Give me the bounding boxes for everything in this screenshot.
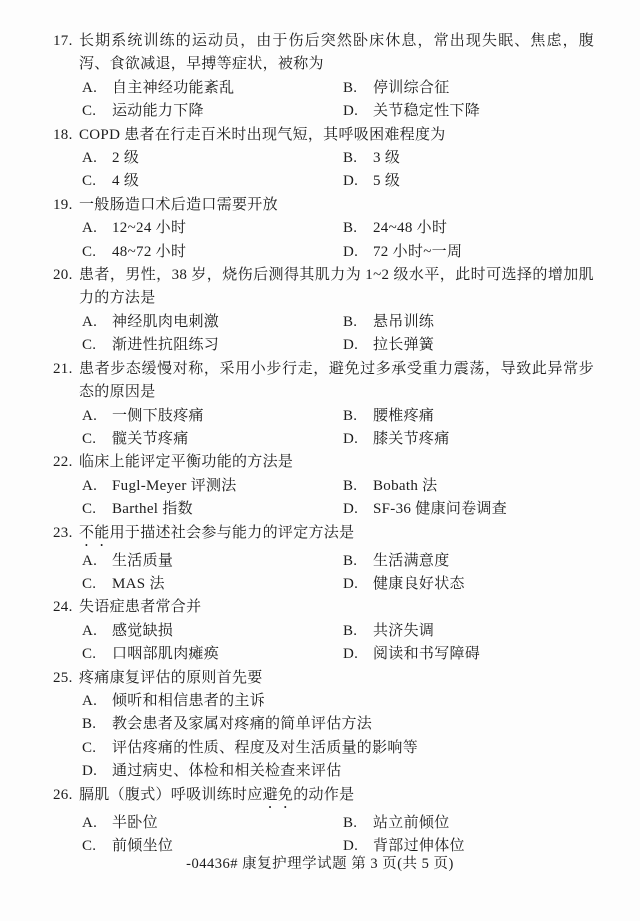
question-21: 21. 患者步态缓慢对称，采用小步行走，避免过多承受重力震荡，导致此异常步态的原… [53, 358, 594, 452]
question-text-segment: 患者步态缓慢对称，采用小步行走，避免过多承受重力震荡，导致此异常步态的原因是 [79, 361, 594, 400]
question-head: 19. 一般肠造口术后造口需要开放 [53, 194, 594, 217]
option-C: C.髋关节疼痛 [82, 428, 343, 451]
option-text: 感觉缺损 [112, 623, 173, 639]
option-label: A. [82, 77, 112, 100]
question-number: 20. [53, 264, 79, 287]
option-text: 生活满意度 [373, 553, 450, 569]
option-text: 共济失调 [373, 623, 434, 639]
option-label: A. [82, 475, 112, 498]
option-text: 5 级 [373, 173, 400, 189]
option-text: Bobath 法 [373, 478, 437, 494]
option-text: 渐进性抗阻练习 [112, 337, 219, 353]
option-text: 关节稳定性下降 [373, 103, 480, 119]
option-label: C. [82, 428, 112, 451]
question-text: 不能用于描述社会参与能力的评定方法是 [79, 522, 594, 550]
option-label: C. [82, 100, 112, 123]
option-B: B.教会患者及家属对疼痛的简单评估方法 [82, 713, 594, 736]
option-label: A. [82, 620, 112, 643]
option-B: B.站立前倾位 [343, 812, 594, 835]
question-head: 26. 膈肌（腹式）呼吸训练时应避免的动作是 [53, 784, 594, 812]
option-label: D. [343, 170, 373, 193]
option-B: B.腰椎疼痛 [343, 405, 594, 428]
option-B: B.生活满意度 [343, 550, 594, 573]
option-text: 运动能力下降 [112, 103, 204, 119]
option-label: B. [343, 812, 373, 835]
option-label: A. [82, 217, 112, 240]
question-text: 失语症患者常合并 [79, 596, 594, 619]
question-head: 23. 不能用于描述社会参与能力的评定方法是 [53, 522, 594, 550]
question-options: A.倾听和相信患者的主诉B.教会患者及家属对疼痛的简单评估方法C.评估疼痛的性质… [82, 690, 594, 784]
question-text: 患者，男性，38 岁，烧伤后测得其肌力为 1~2 级水平，此时可选择的增加肌力的… [79, 264, 594, 311]
option-label: D. [343, 573, 373, 596]
option-label: B. [82, 713, 112, 736]
option-label: B. [343, 147, 373, 170]
option-text: 4 级 [112, 173, 139, 189]
question-text: COPD 患者在行走百米时出现气短，其呼吸困难程度为 [79, 124, 594, 147]
question-options: A.Fugl-Meyer 评测法B.Bobath 法C.Barthel 指数D.… [82, 475, 594, 522]
option-text: 一侧下肢疼痛 [112, 408, 204, 424]
question-number: 24. [53, 596, 79, 619]
question-options: A.2 级B.3 级C.4 级D.5 级 [82, 147, 594, 194]
option-text: 倾听和相信患者的主诉 [112, 693, 265, 709]
option-C: C.Barthel 指数 [82, 498, 343, 521]
option-text: 2 级 [112, 150, 139, 166]
question-text-segment: 膈肌（腹式）呼吸训练时应 [79, 787, 263, 803]
question-26: 26. 膈肌（腹式）呼吸训练时应避免的动作是 A.半卧位B.站立前倾位C.前倾坐… [53, 784, 594, 859]
option-label: C. [82, 334, 112, 357]
option-label: A. [82, 147, 112, 170]
option-label: D. [82, 760, 112, 783]
option-A: A.自主神经功能紊乱 [82, 77, 343, 100]
question-text-segment: 的动作是 [293, 787, 354, 803]
option-C: C.评估疼痛的性质、程度及对生活质量的影响等 [82, 737, 594, 760]
option-label: C. [82, 170, 112, 193]
option-A: A.2 级 [82, 147, 343, 170]
question-text-segment: 一般肠造口术后造口需要开放 [79, 197, 278, 213]
option-label: B. [343, 311, 373, 334]
option-text: 停训综合征 [373, 80, 450, 96]
question-options: A.自主神经功能紊乱B.停训综合征C.运动能力下降D.关节稳定性下降 [82, 77, 594, 124]
question-number: 21. [53, 358, 79, 381]
option-A: A.12~24 小时 [82, 217, 343, 240]
option-text: 拉长弹簧 [373, 337, 434, 353]
option-B: B.悬吊训练 [343, 311, 594, 334]
question-text: 长期系统训练的运动员，由于伤后突然卧床休息，常出现失眠、焦虑，腹泻、食欲减退，早… [79, 30, 594, 77]
exam-page: 17. 长期系统训练的运动员，由于伤后突然卧床休息，常出现失眠、焦虑，腹泻、食欲… [0, 0, 640, 921]
option-text: 半卧位 [112, 815, 158, 831]
question-number: 18. [53, 124, 79, 147]
question-22: 22. 临床上能评定平衡功能的方法是 A.Fugl-Meyer 评测法B.Bob… [53, 451, 594, 521]
question-text: 膈肌（腹式）呼吸训练时应避免的动作是 [79, 784, 594, 812]
question-text-segment: 用于描述社会参与能力的评定方法是 [110, 525, 355, 541]
question-text: 临床上能评定平衡功能的方法是 [79, 451, 594, 474]
page-footer: -04436# 康复护理学试题 第 3 页(共 5 页) [0, 852, 640, 873]
question-23: 23. 不能用于描述社会参与能力的评定方法是 A.生活质量B.生活满意度C.MA… [53, 522, 594, 597]
option-label: B. [343, 620, 373, 643]
option-label: A. [82, 405, 112, 428]
option-text: Barthel 指数 [112, 501, 193, 517]
option-D: D.阅读和书写障碍 [343, 643, 594, 666]
option-text: 评估疼痛的性质、程度及对生活质量的影响等 [112, 740, 418, 756]
option-A: A.Fugl-Meyer 评测法 [82, 475, 343, 498]
option-A: A.生活质量 [82, 550, 343, 573]
option-label: A. [82, 311, 112, 334]
question-number: 22. [53, 451, 79, 474]
option-text: 悬吊训练 [373, 314, 434, 330]
question-18: 18. COPD 患者在行走百米时出现气短，其呼吸困难程度为 A.2 级B.3 … [53, 124, 594, 194]
option-label: D. [343, 643, 373, 666]
option-text: 口咽部肌肉瘫痪 [112, 646, 219, 662]
option-label: B. [343, 77, 373, 100]
option-C: C.MAS 法 [82, 573, 343, 596]
option-D: D.SF-36 健康问卷调查 [343, 498, 594, 521]
option-C: C.运动能力下降 [82, 100, 343, 123]
option-text: SF-36 健康问卷调查 [373, 501, 507, 517]
option-text: 神经肌肉电刺激 [112, 314, 219, 330]
option-A: A.半卧位 [82, 812, 343, 835]
option-D: D.关节稳定性下降 [343, 100, 594, 123]
option-text: 生活质量 [112, 553, 173, 569]
question-head: 17. 长期系统训练的运动员，由于伤后突然卧床休息，常出现失眠、焦虑，腹泻、食欲… [53, 30, 594, 77]
option-D: D.膝关节疼痛 [343, 428, 594, 451]
option-text: 12~24 小时 [112, 220, 186, 236]
question-number: 25. [53, 667, 79, 690]
question-options: A.神经肌肉电刺激B.悬吊训练C.渐进性抗阻练习D.拉长弹簧 [82, 311, 594, 358]
option-text: 膝关节疼痛 [373, 431, 450, 447]
option-D: D.72 小时~一周 [343, 241, 594, 264]
option-B: B.3 级 [343, 147, 594, 170]
option-text: 3 级 [373, 150, 400, 166]
option-label: B. [343, 405, 373, 428]
option-B: B.Bobath 法 [343, 475, 594, 498]
option-D: D.通过病史、体检和相关检查来评估 [82, 760, 594, 783]
question-text-segment: 疼痛康复评估的原则首先要 [79, 670, 263, 686]
option-text: 自主神经功能紊乱 [112, 80, 234, 96]
option-label: D. [343, 100, 373, 123]
question-head: 24. 失语症患者常合并 [53, 596, 594, 619]
option-C: C.口咽部肌肉瘫痪 [82, 643, 343, 666]
option-text: 通过病史、体检和相关检查来评估 [112, 763, 342, 779]
question-head: 21. 患者步态缓慢对称，采用小步行走，避免过多承受重力震荡，导致此异常步态的原… [53, 358, 594, 405]
option-text: 阅读和书写障碍 [373, 646, 480, 662]
question-17: 17. 长期系统训练的运动员，由于伤后突然卧床休息，常出现失眠、焦虑，腹泻、食欲… [53, 30, 594, 124]
question-head: 18. COPD 患者在行走百米时出现气短，其呼吸困难程度为 [53, 124, 594, 147]
question-24: 24. 失语症患者常合并 A.感觉缺损B.共济失调C.口咽部肌肉瘫痪D.阅读和书… [53, 596, 594, 666]
question-19: 19. 一般肠造口术后造口需要开放 A.12~24 小时B.24~48 小时C.… [53, 194, 594, 264]
question-text-emphasized: 不能 [79, 525, 110, 541]
option-label: C. [82, 241, 112, 264]
option-label: B. [343, 475, 373, 498]
option-label: B. [343, 217, 373, 240]
option-A: A.一侧下肢疼痛 [82, 405, 343, 428]
question-text: 疼痛康复评估的原则首先要 [79, 667, 594, 690]
question-head: 22. 临床上能评定平衡功能的方法是 [53, 451, 594, 474]
option-text: 48~72 小时 [112, 244, 186, 260]
option-text: 健康良好状态 [373, 576, 465, 592]
question-text-segment: 长期系统训练的运动员，由于伤后突然卧床休息，常出现失眠、焦虑，腹泻、食欲减退，早… [79, 33, 594, 72]
option-A: A.倾听和相信患者的主诉 [82, 690, 594, 713]
option-label: D. [343, 334, 373, 357]
question-number: 23. [53, 522, 79, 545]
option-C: C.渐进性抗阻练习 [82, 334, 343, 357]
option-B: B.24~48 小时 [343, 217, 594, 240]
questions-area: 17. 长期系统训练的运动员，由于伤后突然卧床休息，常出现失眠、焦虑，腹泻、食欲… [0, 0, 640, 858]
question-25: 25. 疼痛康复评估的原则首先要 A.倾听和相信患者的主诉B.教会患者及家属对疼… [53, 667, 594, 784]
question-text: 一般肠造口术后造口需要开放 [79, 194, 594, 217]
option-text: MAS 法 [112, 576, 165, 592]
question-text-segment: 患者，男性，38 岁，烧伤后测得其肌力为 1~2 级水平，此时可选择的增加肌力的… [79, 267, 594, 306]
option-label: D. [343, 498, 373, 521]
question-head: 25. 疼痛康复评估的原则首先要 [53, 667, 594, 690]
option-label: C. [82, 573, 112, 596]
option-label: D. [343, 428, 373, 451]
option-text: 腰椎疼痛 [373, 408, 434, 424]
question-options: A.12~24 小时B.24~48 小时C.48~72 小时D.72 小时~一周 [82, 217, 594, 264]
option-label: D. [343, 241, 373, 264]
question-text: 患者步态缓慢对称，采用小步行走，避免过多承受重力震荡，导致此异常步态的原因是 [79, 358, 594, 405]
option-B: B.停训综合征 [343, 77, 594, 100]
question-text-segment: 临床上能评定平衡功能的方法是 [79, 454, 293, 470]
option-text: 教会患者及家属对疼痛的简单评估方法 [112, 716, 372, 732]
question-head: 20. 患者，男性，38 岁，烧伤后测得其肌力为 1~2 级水平，此时可选择的增… [53, 264, 594, 311]
option-B: B.共济失调 [343, 620, 594, 643]
question-options: A.一侧下肢疼痛B.腰椎疼痛C.髋关节疼痛D.膝关节疼痛 [82, 405, 594, 452]
option-label: C. [82, 737, 112, 760]
option-D: D.健康良好状态 [343, 573, 594, 596]
option-C: C.48~72 小时 [82, 241, 343, 264]
option-text: Fugl-Meyer 评测法 [112, 478, 237, 494]
question-text-emphasized: 避免 [263, 787, 294, 803]
option-label: B. [343, 550, 373, 573]
option-label: A. [82, 550, 112, 573]
question-text-segment: COPD 患者在行走百米时出现气短，其呼吸困难程度为 [79, 127, 446, 143]
option-C: C.4 级 [82, 170, 343, 193]
option-D: D.拉长弹簧 [343, 334, 594, 357]
option-text: 24~48 小时 [373, 220, 447, 236]
option-label: A. [82, 690, 112, 713]
question-number: 19. [53, 194, 79, 217]
question-number: 26. [53, 784, 79, 807]
question-20: 20. 患者，男性，38 岁，烧伤后测得其肌力为 1~2 级水平，此时可选择的增… [53, 264, 594, 358]
option-D: D.5 级 [343, 170, 594, 193]
option-text: 髋关节疼痛 [112, 431, 189, 447]
option-A: A.感觉缺损 [82, 620, 343, 643]
option-label: A. [82, 812, 112, 835]
question-options: A.感觉缺损B.共济失调C.口咽部肌肉瘫痪D.阅读和书写障碍 [82, 620, 594, 667]
option-text: 72 小时~一周 [373, 244, 462, 260]
question-options: A.生活质量B.生活满意度C.MAS 法D.健康良好状态 [82, 550, 594, 597]
option-label: C. [82, 498, 112, 521]
option-text: 站立前倾位 [373, 815, 450, 831]
option-A: A.神经肌肉电刺激 [82, 311, 343, 334]
question-text-segment: 失语症患者常合并 [79, 599, 201, 615]
question-number: 17. [53, 30, 79, 53]
option-label: C. [82, 643, 112, 666]
